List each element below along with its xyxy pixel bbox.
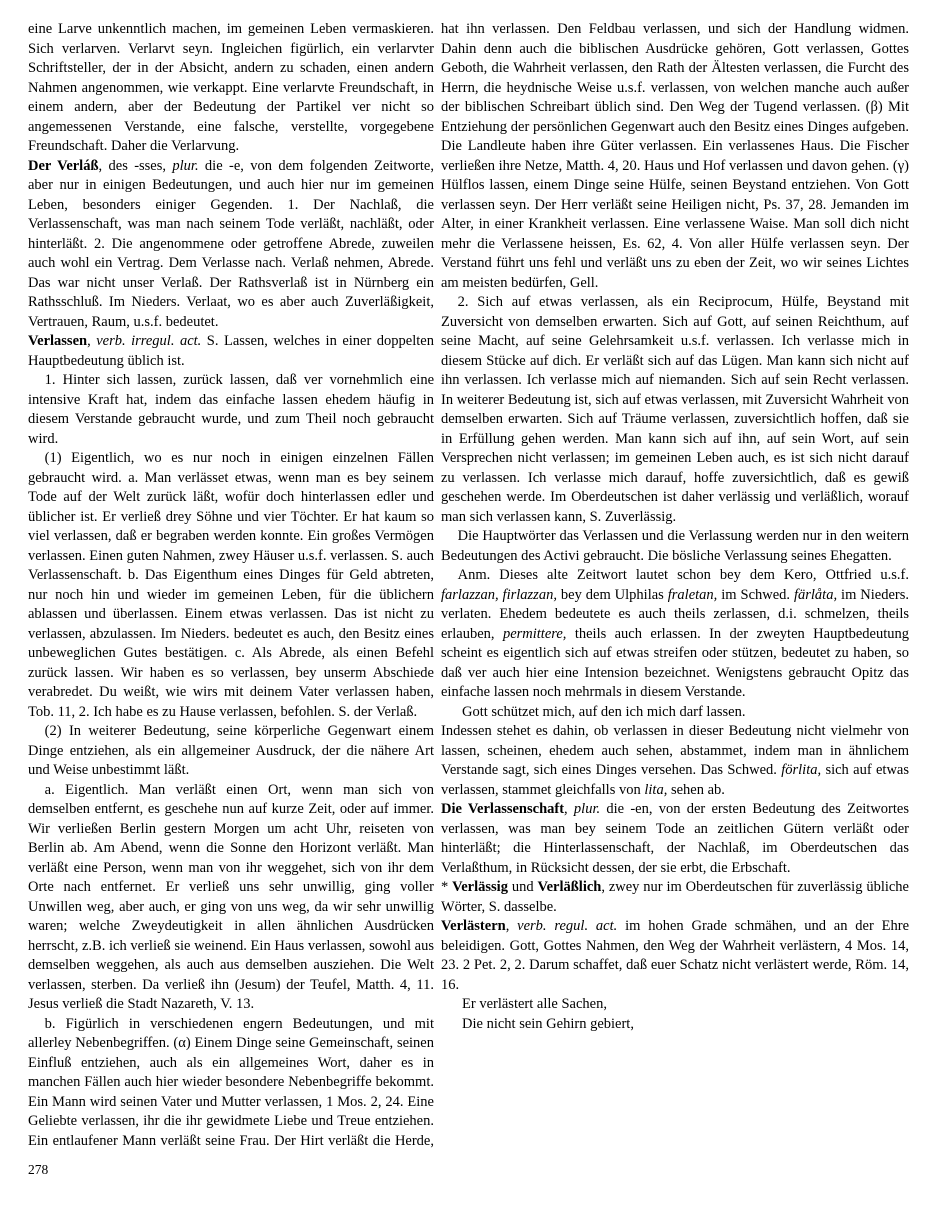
paragraph: Die nicht sein Gehirn gebiert,	[441, 1015, 909, 1035]
paragraph: Die Hauptwörter das Verlassen und die Ve…	[441, 527, 909, 566]
text-segment: 1. Hinter sich lassen, zurück lassen, da…	[28, 372, 434, 447]
text-segment: ,	[564, 801, 574, 817]
paragraph: Der Verláß, des -sses, plur. die -e, von…	[28, 157, 434, 333]
paragraph: Er verlästert alle Sachen,	[441, 995, 909, 1015]
text-segment: 2. Sich auf etwas verlassen, als ein Rec…	[441, 294, 909, 525]
text-segment: plur.	[574, 801, 600, 817]
paragraph: Verlästern, verb. regul. act. im hohen G…	[441, 917, 909, 995]
text-segment: a. Eigentlich. Man verläßt einen Ort, we…	[28, 782, 434, 1013]
text-segment: die -e, von dem folgenden Zeitworte, abe…	[28, 158, 434, 330]
text-segment: und	[508, 879, 537, 895]
text-segment: färlåta,	[794, 587, 837, 603]
two-column-text-block: eine Larve unkenntlich machen, im gemein…	[28, 20, 909, 1152]
text-segment: Verläßlich	[537, 879, 601, 895]
right-column: hat ihn verlassen. Den Feldbau verlassen…	[441, 20, 909, 1152]
paragraph: eine Larve unkenntlich machen, im gemein…	[28, 20, 434, 157]
text-segment: b. Figürlich in verschiedenen engern Bed…	[28, 1016, 434, 1153]
text-segment: fraletan,	[668, 587, 718, 603]
text-segment: lita,	[644, 782, 667, 798]
text-segment: Der Verláß	[28, 158, 99, 174]
text-segment: (1) Eigentlich, wo es nur noch in einige…	[28, 450, 434, 720]
text-segment: plur.	[172, 158, 198, 174]
paragraph: a. Eigentlich. Man verläßt einen Ort, we…	[28, 781, 434, 1015]
paragraph: Indessen stehet es dahin, ob verlassen i…	[441, 722, 909, 800]
text-segment: verb. irregul. act.	[96, 333, 201, 349]
text-segment: sehen ab.	[667, 782, 725, 798]
paragraph: 2. Sich auf etwas verlassen, als ein Rec…	[441, 293, 909, 527]
paragraph: b. Figürlich in verschiedenen engern Bed…	[28, 1015, 434, 1153]
text-segment: Die Verlassenschaft	[441, 801, 564, 817]
text-segment: Die Hauptwörter das Verlassen und die Ve…	[441, 528, 909, 564]
paragraph: Anm. Dieses alte Zeitwort lautet schon b…	[441, 566, 909, 703]
paragraph: Die Verlassenschaft, plur. die -en, von …	[441, 800, 909, 878]
paragraph: (1) Eigentlich, wo es nur noch in einige…	[28, 449, 434, 722]
left-column: eine Larve unkenntlich machen, im gemein…	[28, 20, 434, 1152]
text-segment: ,	[87, 333, 96, 349]
paragraph: * Verlässig und Verläßlich, zwey nur im …	[441, 878, 909, 917]
text-segment: Gott schützet mich, auf den ich mich dar…	[462, 704, 745, 720]
text-segment: im Schwed.	[717, 587, 794, 603]
text-segment: Verlästern	[441, 918, 506, 934]
text-segment: Verlässig	[452, 879, 508, 895]
text-segment: ,	[506, 918, 517, 934]
text-segment: (2) In weiterer Bedeutung, seine körperl…	[28, 723, 434, 778]
text-segment: förlita,	[781, 762, 821, 778]
text-segment: eine Larve unkenntlich machen, im gemein…	[28, 21, 434, 154]
text-segment: hat ihn verlassen. Den Feldbau verlassen…	[441, 21, 909, 291]
text-segment: Er verlästert alle Sachen,	[462, 996, 607, 1012]
text-segment: farlazzan, firlazzan,	[441, 587, 557, 603]
text-segment: bey dem Ulphilas	[557, 587, 668, 603]
text-segment: Verlassen	[28, 333, 87, 349]
paragraph: Gott schützet mich, auf den ich mich dar…	[441, 703, 909, 723]
paragraph: 1. Hinter sich lassen, zurück lassen, da…	[28, 371, 434, 449]
dictionary-page: eine Larve unkenntlich machen, im gemein…	[0, 0, 935, 1210]
paragraph: (2) In weiterer Bedeutung, seine körperl…	[28, 722, 434, 781]
paragraph: hat ihn verlassen. Den Feldbau verlassen…	[441, 20, 909, 293]
page-number: 278	[28, 1160, 48, 1180]
text-segment: permittere,	[503, 626, 567, 642]
text-segment: *	[441, 879, 452, 895]
text-segment: Anm. Dieses alte Zeitwort lautet schon b…	[458, 567, 909, 583]
text-segment: Die nicht sein Gehirn gebiert,	[462, 1016, 634, 1032]
paragraph: Verlassen, verb. irregul. act. S. Lassen…	[28, 332, 434, 371]
text-segment: verb. regul. act.	[517, 918, 617, 934]
text-segment: , des -sses,	[99, 158, 173, 174]
